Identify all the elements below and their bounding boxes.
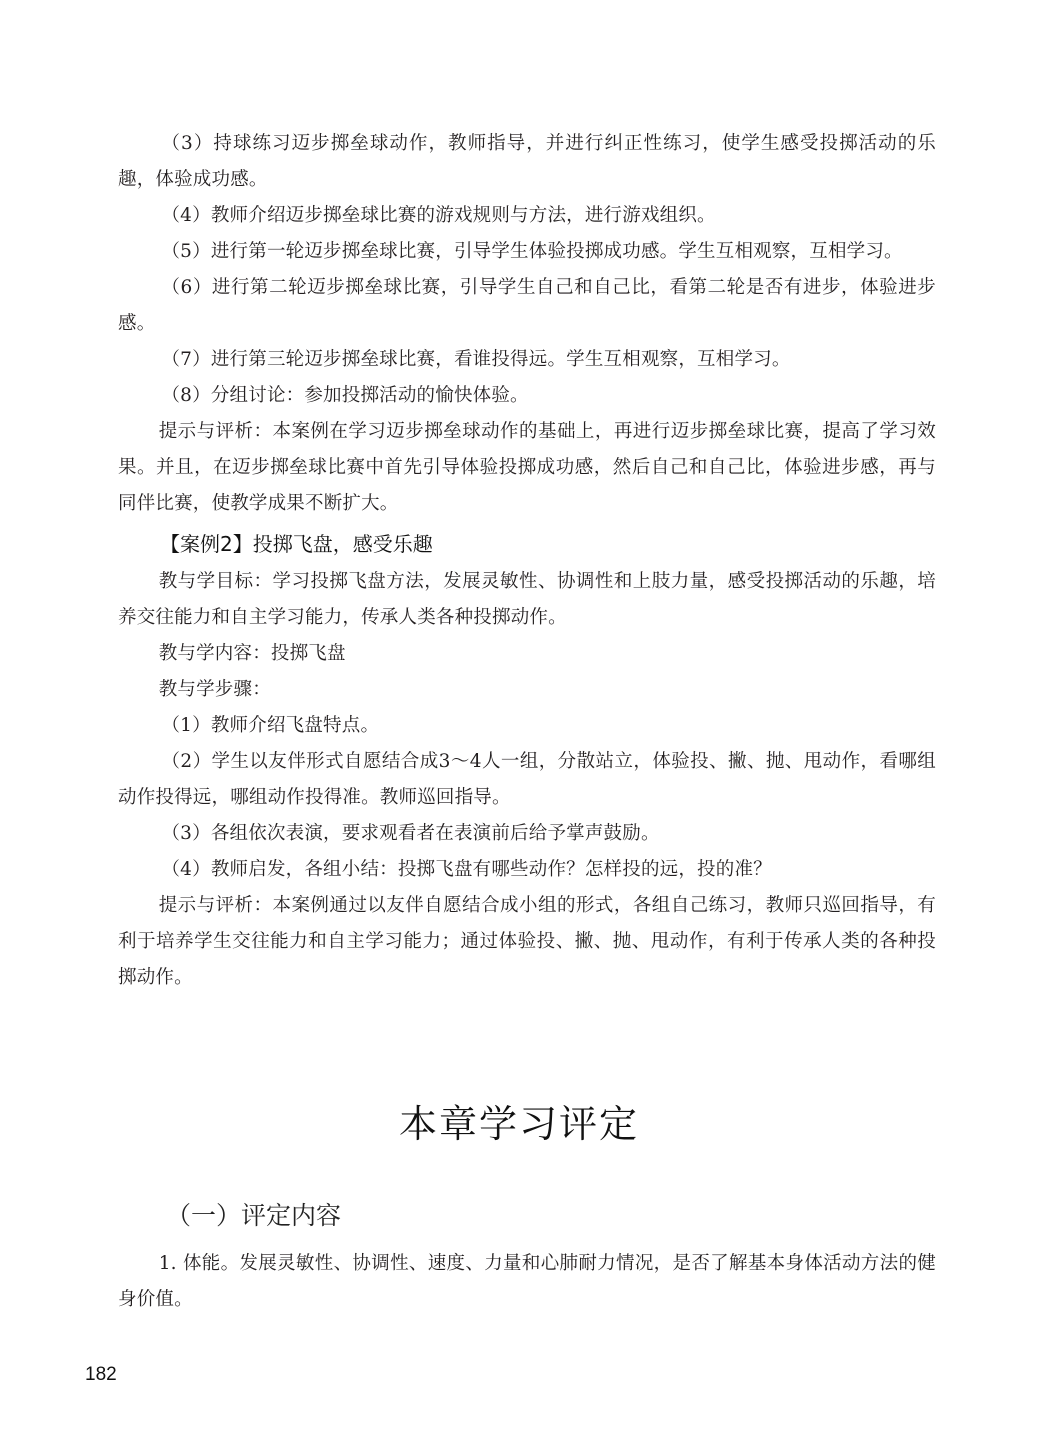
- step-7: （7）进行第三轮迈步掷垒球比赛，看谁投得远。学生互相观察，互相学习。: [118, 342, 936, 378]
- step-3: （3）持球练习迈步掷垒球动作，教师指导，并进行纠正性练习，使学生感受投掷活动的乐…: [118, 126, 936, 198]
- section-item-1: 1. 体能。发展灵敏性、协调性、速度、力量和心肺耐力情况，是否了解基本身体活动方…: [118, 1246, 936, 1318]
- case2-step-1: （1）教师介绍飞盘特点。: [118, 708, 936, 744]
- chapter-title: 本章学习评定: [0, 1093, 1038, 1148]
- case2-step-2: （2）学生以友伴形式自愿结合成3～4人一组，分散站立，体验投、撇、抛、甩动作，看…: [118, 744, 936, 816]
- case2-step-3: （3）各组依次表演，要求观看者在表演前后给予掌声鼓励。: [118, 816, 936, 852]
- step-5: （5）进行第一轮迈步掷垒球比赛，引导学生体验投掷成功感。学生互相观察，互相学习。: [118, 234, 936, 270]
- case2-comment: 提示与评析：本案例通过以友伴自愿结合成小组的形式，各组自己练习，教师只巡回指导，…: [118, 888, 936, 996]
- step-8: （8）分组讨论：参加投掷活动的愉快体验。: [118, 378, 936, 414]
- case2-title: 【案例2】投掷飞盘，感受乐趣: [118, 526, 936, 562]
- step-4: （4）教师介绍迈步掷垒球比赛的游戏规则与方法，进行游戏组织。: [118, 198, 936, 234]
- document-page: （3）持球练习迈步掷垒球动作，教师指导，并进行纠正性练习，使学生感受投掷活动的乐…: [0, 0, 1038, 1452]
- section-title: （一）评定内容: [166, 1196, 341, 1232]
- case2-content: 教与学内容：投掷飞盘: [118, 636, 936, 672]
- case2-steps-label: 教与学步骤：: [118, 672, 936, 708]
- case2-step-4: （4）教师启发，各组小结：投掷飞盘有哪些动作？怎样投的远，投的准？: [118, 852, 936, 888]
- section-content: 1. 体能。发展灵敏性、协调性、速度、力量和心肺耐力情况，是否了解基本身体活动方…: [118, 1246, 936, 1318]
- case2-goal: 教与学目标：学习投掷飞盘方法，发展灵敏性、协调性和上肢力量，感受投掷活动的乐趣，…: [118, 564, 936, 636]
- step-6: （6）进行第二轮迈步掷垒球比赛，引导学生自己和自己比，看第二轮是否有进步，体验进…: [118, 270, 936, 342]
- case1-comment: 提示与评析：本案例在学习迈步掷垒球动作的基础上，再进行迈步掷垒球比赛，提高了学习…: [118, 414, 936, 522]
- case1-continued-block: （3）持球练习迈步掷垒球动作，教师指导，并进行纠正性练习，使学生感受投掷活动的乐…: [118, 126, 936, 996]
- page-number: 182: [85, 1364, 117, 1386]
